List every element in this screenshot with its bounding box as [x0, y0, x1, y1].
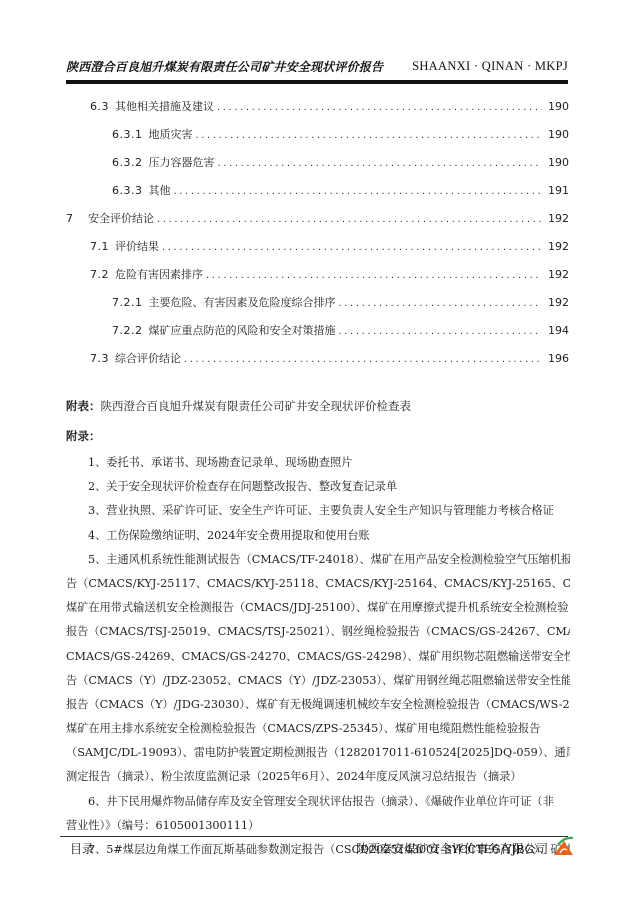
- toc-number: 7.3: [90, 352, 109, 365]
- toc-entry-7-2-2[interactable]: 7.2.2 煤矿应重点防范的风险和安全对策措施 ................…: [112, 322, 568, 338]
- appendix-line: 2、关于安全现状评价检查存在问题整改报告、整改复查记录单: [66, 475, 570, 499]
- appendix-line: 6、井下民用爆炸物品储存库及安全管理安全现状评估报告（摘录）、《爆破作业单位许可…: [66, 790, 570, 814]
- toc-page-number: 192: [548, 212, 568, 225]
- toc-number: 7.1: [90, 240, 109, 253]
- toc-leader-dots: ........................................…: [218, 158, 543, 169]
- toc-leader-dots: ........................................…: [206, 270, 542, 281]
- toc-page-number: 196: [548, 352, 568, 365]
- appendix-line: 5、主通风机系统性能测试报告（CMACS/TF-24018）、煤矿在用产品安全检…: [66, 548, 570, 572]
- appendix-line: 4、工伤保险缴纳证明、2024年安全费用提取和使用台账: [66, 524, 570, 548]
- appendix-label: 附录：: [66, 429, 101, 443]
- toc-label: 危险有害因素排序: [115, 266, 203, 282]
- report-title: 陕西澄合百良旭升煤炭有限责任公司矿井安全现状评价报告: [66, 58, 383, 75]
- header-divider: [66, 80, 568, 84]
- toc-label: 综合评价结论: [115, 350, 181, 366]
- toc-number: 6.3.3: [112, 184, 143, 197]
- appendix-line: 告（CMACS/KYJ-25117、CMACS/KYJ-25118、CMACS/…: [66, 572, 570, 596]
- appendix-line: 报告（CMACS/TSJ-25019、CMACS/TSJ-25021）、钢丝绳检…: [66, 620, 570, 644]
- toc-leader-dots: ........................................…: [217, 102, 542, 113]
- document-page: 陕西澄合百良旭升煤炭有限责任公司矿井安全现状评价报告 SHAANXI · QIN…: [0, 0, 636, 900]
- toc-number: 6.3.1: [112, 128, 143, 141]
- appendix-line: 测定报告（摘录）、粉尘浓度监测记录（2025年6月）、2024年度反风演习总结报…: [66, 765, 570, 789]
- appendix-table-line: 附表：陕西澄合百良旭升煤炭有限责任公司矿井安全现状评价检查表: [66, 398, 411, 414]
- toc-label: 其他相关措施及建议: [115, 98, 214, 114]
- toc-leader-dots: ........................................…: [339, 298, 543, 309]
- toc-label: 压力容器危害: [149, 154, 215, 170]
- toc-entry-6-3-3[interactable]: 6.3.3 其他 ...............................…: [112, 182, 568, 198]
- toc-number: 7.2: [90, 268, 109, 281]
- appendix-line: （SAMJC/DL-19093）、雷电防护装置定期检测报告（1282017011…: [66, 741, 570, 765]
- toc-page-number: 190: [548, 100, 568, 113]
- toc-number: 6.3: [90, 100, 109, 113]
- toc-label: 评价结果: [115, 238, 159, 254]
- toc-page-number: 192: [548, 240, 568, 253]
- appendix-list: 1、委托书、承诺书、现场勘查记录单、现场勘查照片 2、关于安全现状评价检查存在问…: [66, 451, 570, 862]
- report-code: SHAANXI · QINAN · MKPJ: [412, 59, 568, 74]
- toc-entry-7-3[interactable]: 7.3 综合评价结论 .............................…: [90, 350, 568, 366]
- company-logo-icon: [552, 836, 574, 856]
- toc-page-number: 192: [548, 268, 568, 281]
- toc-page-number: 190: [548, 156, 568, 169]
- appendix-line: 1、委托书、承诺书、现场勘查记录单、现场勘查照片: [66, 451, 570, 475]
- toc-entry-7-2[interactable]: 7.2 危险有害因素排序 ...........................…: [90, 266, 568, 282]
- toc-label: 其他: [149, 182, 171, 198]
- toc-entry-6-3[interactable]: 6.3 其他相关措施及建议 ..........................…: [90, 98, 568, 114]
- appendix-line: 营业性）》（编号：6105001300111）: [66, 814, 570, 838]
- toc-page-number: 191: [548, 184, 568, 197]
- toc-leader-dots: ........................................…: [157, 214, 542, 225]
- appendix-line: 报告（CMACS（Y）/JDG-23030）、煤矿有无极绳调速机械绞车安全检测检…: [66, 693, 570, 717]
- toc-label: 地质灾害: [149, 126, 193, 142]
- toc-leader-dots: ........................................…: [184, 354, 542, 365]
- appendix-line: 煤矿在用主排水系统安全检测检验报告（CMACS/ZPS-25345）、煤矿用电缆…: [66, 717, 570, 741]
- toc-label: 安全评价结论: [88, 210, 154, 226]
- appendix-line: 煤矿在用带式输送机安全检测报告（CMACS/JDJ-25100）、煤矿在用摩擦式…: [66, 596, 570, 620]
- toc-entry-6-3-1[interactable]: 6.3.1 地质灾害 .............................…: [112, 126, 568, 142]
- appendix-heading: 附录：: [66, 428, 101, 444]
- toc-number: 7.2.1: [112, 296, 143, 309]
- appendix-table-label: 附表：: [66, 399, 101, 413]
- toc-page-number: 190: [548, 128, 568, 141]
- footer-company-name: 陕西秦安煤矿安全评价事务有限公司: [356, 840, 548, 857]
- appendix-table-text: 陕西澄合百良旭升煤炭有限责任公司矿井安全现状评价检查表: [101, 399, 412, 413]
- appendix-line: 3、营业执照、采矿许可证、安全生产许可证、主要负责人安全生产知识与管理能力考核合…: [66, 499, 570, 523]
- toc-entry-7[interactable]: 7 安全评价结论 ...............................…: [66, 210, 568, 226]
- footer-section-label: 目录: [70, 840, 94, 857]
- toc-entry-7-2-1[interactable]: 7.2.1 主要危险、有害因素及危险度综合排序 ................…: [112, 294, 568, 310]
- appendix-line: CMACS/GS-24269、CMACS/GS-24270、CMACS/GS-2…: [66, 645, 570, 669]
- toc-leader-dots: ........................................…: [196, 130, 543, 141]
- toc-page-number: 192: [548, 296, 568, 309]
- toc-page-number: 194: [548, 324, 568, 337]
- toc-number: 6.3.2: [112, 156, 143, 169]
- page-header: 陕西澄合百良旭升煤炭有限责任公司矿井安全现状评价报告 SHAANXI · QIN…: [66, 58, 568, 76]
- footer-divider: [60, 836, 568, 837]
- appendix-line: 告（CMACS（Y）/JDZ-23052、CMACS（Y）/JDZ-23053）…: [66, 669, 570, 693]
- toc-leader-dots: ........................................…: [174, 186, 543, 197]
- toc-number: 7.2.2: [112, 324, 143, 337]
- toc-entry-7-1[interactable]: 7.1 评价结果 ...............................…: [90, 238, 568, 254]
- toc-entry-6-3-2[interactable]: 6.3.2 压力容器危害 ...........................…: [112, 154, 568, 170]
- toc-leader-dots: ........................................…: [162, 242, 542, 253]
- toc-label: 主要危险、有害因素及危险度综合排序: [149, 294, 336, 310]
- toc-number: 7: [66, 212, 82, 225]
- toc-leader-dots: ........................................…: [339, 326, 543, 337]
- toc-label: 煤矿应重点防范的风险和安全对策措施: [149, 322, 336, 338]
